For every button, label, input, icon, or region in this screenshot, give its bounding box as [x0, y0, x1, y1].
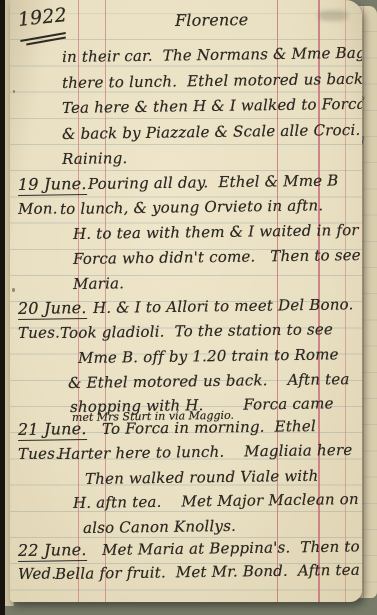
page-title: Florence	[175, 11, 249, 30]
diary-line: Raining.	[62, 150, 128, 167]
entry-date: 20 June.	[18, 299, 87, 320]
year-heading: 1922	[17, 5, 68, 31]
diary-line: to lunch, & young Orvieto in aftn.	[60, 197, 323, 217]
entry-day: Mon.	[18, 200, 58, 217]
diary-page: 1922 Florence in their car. The Normans …	[10, 0, 362, 602]
diary-line: Harter here to lunch. Magliaia here	[58, 442, 353, 463]
entry-date: 22 June.	[18, 541, 87, 562]
diary-line: also Canon Knollys.	[83, 518, 236, 537]
diary-line: H. & I to Allori to meet Del Bono.	[93, 296, 354, 316]
paper-speck	[13, 90, 15, 93]
entry-day: Tues.	[18, 445, 60, 462]
diary-line: Forca who didn't come. Then to see	[73, 247, 361, 268]
scanned-diary-photo: ie g 1922 Florence in their car. The Nor…	[0, 0, 377, 615]
diary-line: H. to tea with them & I waited in for	[73, 222, 359, 242]
diary-line: there to lunch. Ethel motored us back.	[62, 71, 362, 92]
diary-line: Mme B. off by 1.20 train to Rome	[78, 346, 339, 366]
diary-line: Bella for fruit. Met Mr. Bond. Aftn tea	[55, 562, 360, 583]
diary-line: Tea here & then H & I walked to Forca's	[62, 96, 362, 117]
paper-speck	[12, 288, 15, 292]
entry-date: 21 June.	[18, 420, 87, 441]
pencil-smudge	[318, 10, 348, 21]
diary-line: Pouring all day. Ethel & Mme B	[88, 173, 339, 193]
entry-day: Wed.	[18, 565, 56, 582]
entry-date: 19 June.	[18, 175, 87, 196]
diary-line: H. aftn tea. Met Major Maclean on Costa	[73, 490, 362, 511]
diary-line: Met Maria at Beppina's. Then to	[102, 538, 360, 558]
diary-line: in their car. The Normans & Mme Bagnani	[62, 44, 362, 65]
diary-line: Took gladioli. To the station to see	[60, 321, 333, 341]
diary-line: & Ethel motored us back. Aftn tea	[68, 371, 350, 391]
diary-line: Then walked round Viale with	[85, 468, 319, 488]
diary-line: & back by Piazzale & Scale alle Croci.	[62, 122, 361, 143]
diary-line: To Forca in morning. Ethel	[102, 418, 316, 437]
diary-line: Maria.	[73, 275, 124, 292]
entry-day: Tues.	[18, 324, 60, 341]
